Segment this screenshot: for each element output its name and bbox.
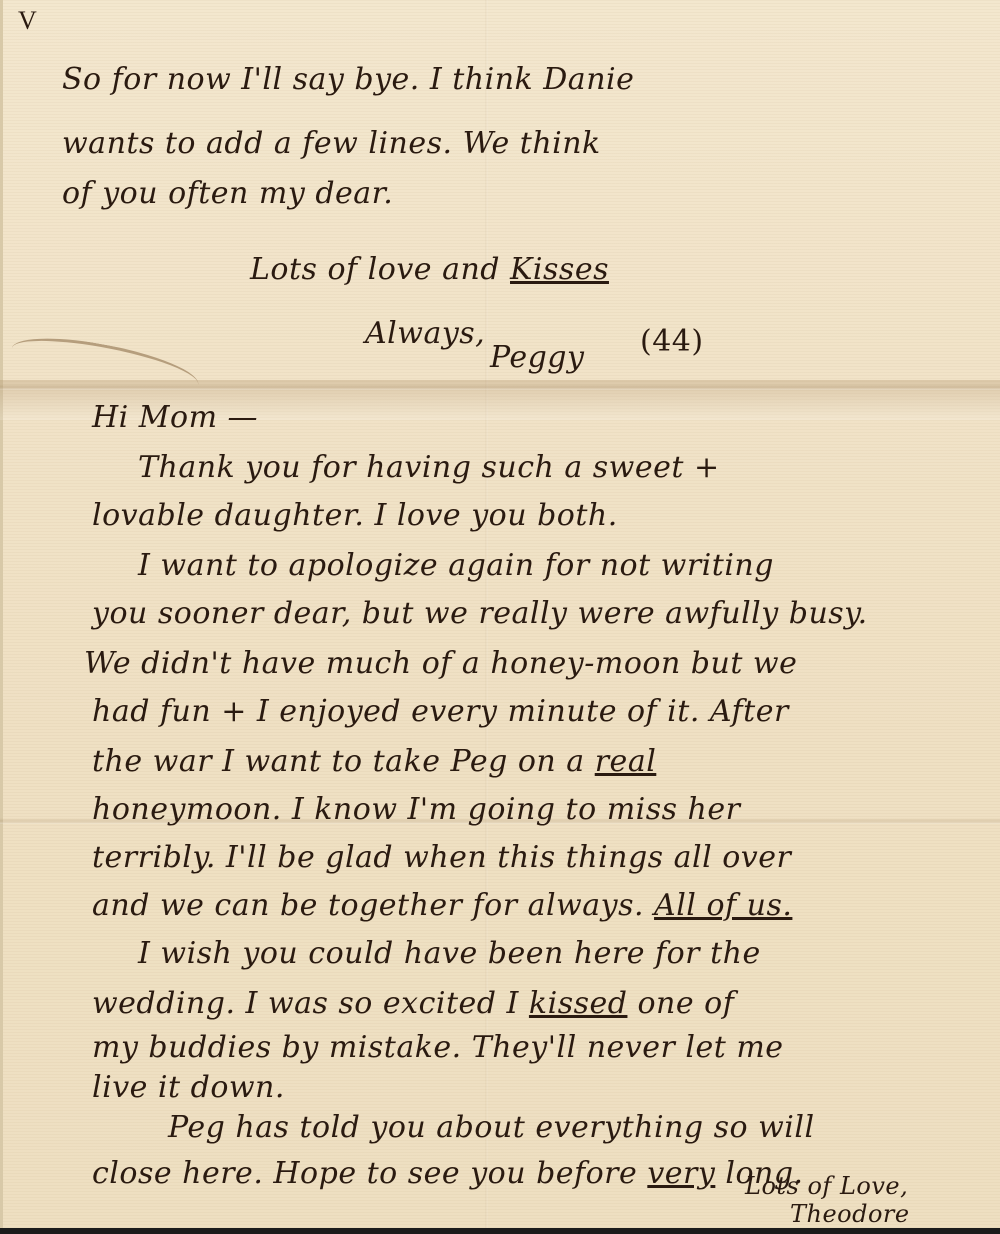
letter-line: you sooner dear, but we really were awfu… bbox=[92, 596, 868, 631]
letter-line: Peg has told you about everything so wil… bbox=[168, 1110, 815, 1145]
underlined-kissed: kissed bbox=[529, 986, 628, 1021]
letter-line: wedding. I was so excited I kissed one o… bbox=[92, 986, 734, 1021]
letter-line: I wish you could have been here for the bbox=[138, 936, 761, 971]
signature-note: (44) bbox=[640, 324, 704, 359]
signature-theodore: Theodore bbox=[790, 1200, 910, 1228]
closing-line: Lots of love and Kisses bbox=[250, 252, 609, 287]
signature-peggy: Peggy bbox=[490, 340, 584, 375]
line-text: and we can be together for always. bbox=[92, 888, 654, 923]
letter-line: I want to apologize again for not writin… bbox=[138, 548, 774, 583]
letter-line: my buddies by mistake. They'll never let… bbox=[92, 1030, 784, 1065]
letter-line: lovable daughter. I love you both. bbox=[92, 498, 618, 533]
salutation: Hi Mom — bbox=[92, 400, 258, 435]
letter-line: Thank you for having such a sweet + bbox=[138, 450, 720, 485]
line-text: close here. Hope to see you before bbox=[92, 1156, 647, 1191]
letter-line: of you often my dear. bbox=[62, 176, 393, 211]
line-text: wedding. I was so excited I bbox=[92, 986, 529, 1021]
letter-line: We didn't have much of a honey-moon but … bbox=[84, 646, 797, 681]
closing-text: Lots of love and bbox=[250, 252, 510, 287]
letter-line: terribly. I'll be glad when this things … bbox=[92, 840, 791, 875]
fold-crease-1 bbox=[0, 384, 1000, 390]
letter-line: and we can be together for always. All o… bbox=[92, 888, 792, 923]
closing-always: Always, bbox=[365, 316, 485, 351]
underlined-all-of-us: All of us. bbox=[654, 888, 792, 923]
letter-line: So for now I'll say bye. I think Danie bbox=[62, 62, 634, 97]
letter-line: close here. Hope to see you before very … bbox=[92, 1156, 804, 1191]
line-text: the war I want to take Peg on a bbox=[92, 744, 595, 779]
paper-left-edge bbox=[0, 0, 3, 1234]
letter-line: the war I want to take Peg on a real bbox=[92, 744, 656, 779]
underlined-very: very bbox=[647, 1156, 715, 1191]
scan-bottom-edge bbox=[0, 1228, 1000, 1234]
underlined-real: real bbox=[595, 744, 657, 779]
letter-line: had fun + I enjoyed every minute of it. … bbox=[92, 694, 789, 729]
letter-line: live it down. bbox=[92, 1070, 285, 1105]
line-text: one of bbox=[627, 986, 734, 1021]
letter-line: honeymoon. I know I'm going to miss her bbox=[92, 792, 740, 827]
page-number: V bbox=[18, 6, 37, 36]
closing-lots-of-love: Lots of Love, bbox=[745, 1172, 908, 1200]
closing-underlined: Kisses bbox=[510, 252, 609, 287]
letter-line: wants to add a few lines. We think bbox=[62, 126, 601, 161]
